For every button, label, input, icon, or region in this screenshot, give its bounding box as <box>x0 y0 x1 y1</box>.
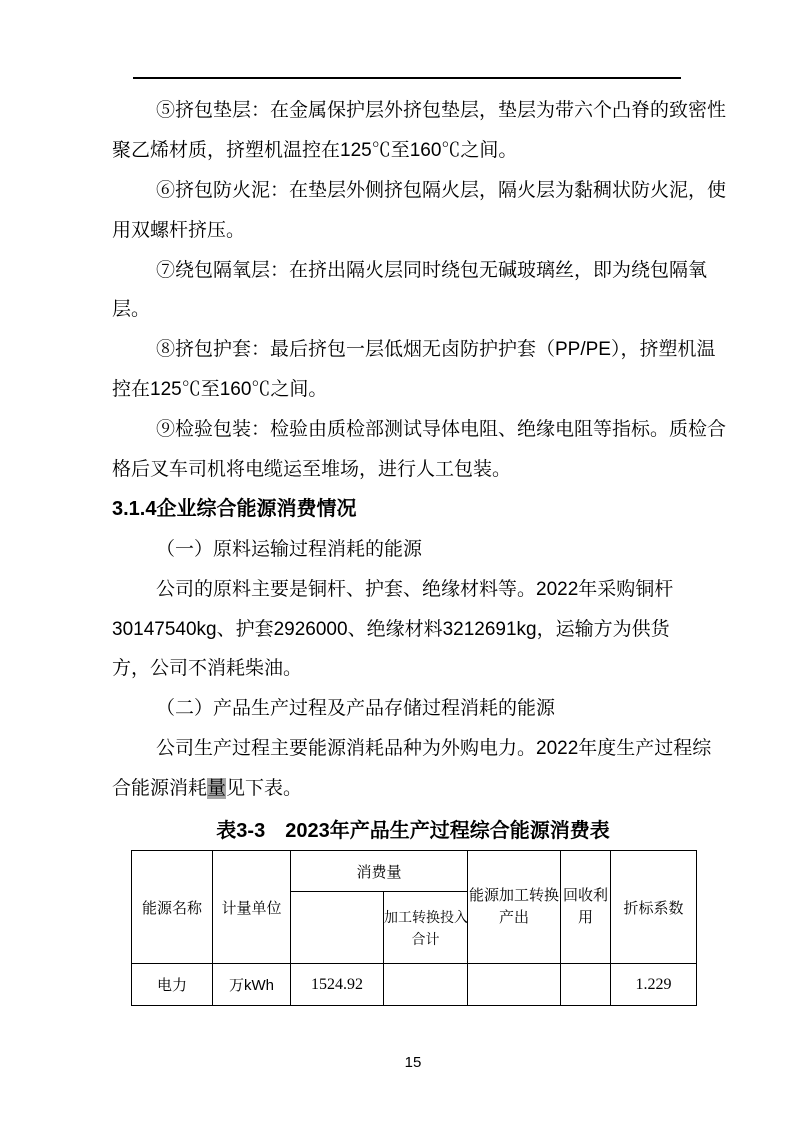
header-unit: 计量单位 <box>213 851 291 964</box>
text-line: （二）产品生产过程及产品存储过程消耗的能源 <box>112 689 714 729</box>
highlighted-text: 量 <box>207 778 226 799</box>
body-text: ⑤挤包垫层：在金属保护层外挤包垫层，垫层为带六个凸脊的致密性 聚乙烯材质，挤塑机… <box>112 91 714 809</box>
text-line: ⑨检验包装：检验由质检部测试导体电阻、绝缘电阻等指标。质检合 <box>112 410 714 450</box>
header-recycling-line2: 用 <box>561 907 610 929</box>
cell-conversion-input <box>384 964 468 1006</box>
header-conversion-input-line1: 加工转换投入 <box>384 906 467 928</box>
text-segment: 合能源消耗 <box>112 778 207 799</box>
text-line: 控在125℃至160℃之间。 <box>112 370 714 410</box>
text-line: 层。 <box>112 290 714 330</box>
header-conversion-output-line1: 能源加工转换 <box>468 885 560 907</box>
document-page: ⑤挤包垫层：在金属保护层外挤包垫层，垫层为带六个凸脊的致密性 聚乙烯材质，挤塑机… <box>0 0 794 1123</box>
text-line: ⑦绕包隔氧层：在挤出隔火层同时绕包无碱玻璃丝，即为绕包隔氧 <box>112 251 714 291</box>
header-conversion-input: 加工转换投入 合计 <box>384 892 468 964</box>
cell-energy-name: 电力 <box>132 964 213 1006</box>
text-line: （一）原料运输过程消耗的能源 <box>112 530 714 570</box>
cell-recycling <box>561 964 611 1006</box>
text-segment: 见下表。 <box>226 778 302 799</box>
text-line: 方，公司不消耗柴油。 <box>112 649 714 689</box>
header-conversion-input-line2: 合计 <box>384 928 467 950</box>
text-line: 30147540kg、护套2926000、绝缘材料3212691kg，运输方为供… <box>112 610 714 650</box>
text-line: ⑧挤包护套：最后挤包一层低烟无卤防护护套（PP/PE），挤塑机温 <box>112 330 714 370</box>
header-conversion-output: 能源加工转换 产出 <box>468 851 561 964</box>
energy-consumption-table: 能源名称 计量单位 消费量 能源加工转换 产出 回收利 用 折标系数 加工转换投… <box>131 850 697 1006</box>
text-line: ⑤挤包垫层：在金属保护层外挤包垫层，垫层为带六个凸脊的致密性 <box>112 91 714 131</box>
header-energy-name: 能源名称 <box>132 851 213 964</box>
text-line: 用双螺杆挤压。 <box>112 211 714 251</box>
section-heading: 3.1.4企业综合能源消费情况 <box>112 490 714 530</box>
text-line: 公司的原料主要是铜杆、护套、绝缘材料等。2022年采购铜杆 <box>112 570 714 610</box>
text-line: 公司生产过程主要能源消耗品种为外购电力。2022年度生产过程综 <box>112 729 714 769</box>
text-line-with-highlight: 合能源消耗量见下表。 <box>112 769 714 809</box>
cell-factor: 1.229 <box>611 964 697 1006</box>
text-line: 聚乙烯材质，挤塑机温控在125℃至160℃之间。 <box>112 131 714 171</box>
text-line: ⑥挤包防火泥：在垫层外侧挤包隔火层，隔火层为黏稠状防火泥，使 <box>112 171 714 211</box>
header-rule <box>133 77 681 79</box>
header-recycling: 回收利 用 <box>561 851 611 964</box>
header-conversion-output-line2: 产出 <box>468 907 560 929</box>
text-line: 格后叉车司机将电缆运至堆场，进行人工包装。 <box>112 450 714 490</box>
header-recycling-line1: 回收利 <box>561 885 610 907</box>
page-number: 15 <box>112 1053 714 1073</box>
cell-consumption: 1524.92 <box>291 964 384 1006</box>
header-consumption: 消费量 <box>291 851 468 892</box>
table-title: 表3-3 2023年产品生产过程综合能源消费表 <box>112 816 714 846</box>
cell-conversion-output <box>468 964 561 1006</box>
cell-unit: 万kWh <box>213 964 291 1006</box>
header-consumption-sub-blank <box>291 892 384 964</box>
header-factor: 折标系数 <box>611 851 697 964</box>
